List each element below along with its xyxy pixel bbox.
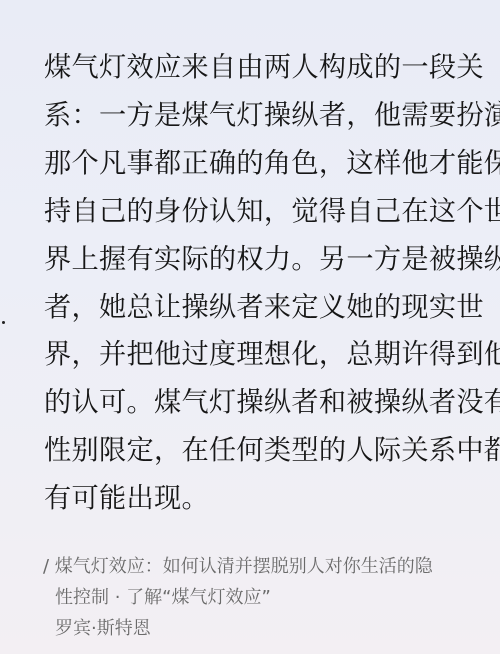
margin-dot [2,321,5,324]
passage-line: 系：一方是煤气灯操纵者，他需要扮演 [44,92,464,140]
passage-line: 性别限定，在任何类型的人际关系中都 [44,427,464,475]
quote-card: 煤气灯效应来自由两人构成的一段关 系：一方是煤气灯操纵者，他需要扮演 那个凡事都… [0,0,500,654]
citation-author: 罗宾·斯特恩 [43,613,433,644]
passage-line: 者，她总让操纵者来定义她的现实世 [44,284,464,332]
passage-line: 煤气灯效应来自由两人构成的一段关 [44,44,464,92]
citation-source-title: / 煤气灯效应：如何认清并摆脱别人对你生活的隐 [43,551,433,582]
passage-line: 界上握有实际的权力。另一方是被操纵 [44,236,464,284]
passage-line: 那个凡事都正确的角色，这样他才能保 [44,140,464,188]
citation: / 煤气灯效应：如何认清并摆脱别人对你生活的隐 性控制 · 了解“煤气灯效应” … [43,551,433,644]
passage-text: 煤气灯效应来自由两人构成的一段关 系：一方是煤气灯操纵者，他需要扮演 那个凡事都… [44,44,464,523]
passage-line: 有可能出现。 [44,475,464,523]
passage-line: 持自己的身份认知，觉得自己在这个世 [44,188,464,236]
citation-source-subtitle: 性控制 · 了解“煤气灯效应” [43,582,433,613]
passage-line: 的认可。煤气灯操纵者和被操纵者没有 [44,379,464,427]
passage-line: 界，并把他过度理想化，总期许得到他 [44,331,464,379]
